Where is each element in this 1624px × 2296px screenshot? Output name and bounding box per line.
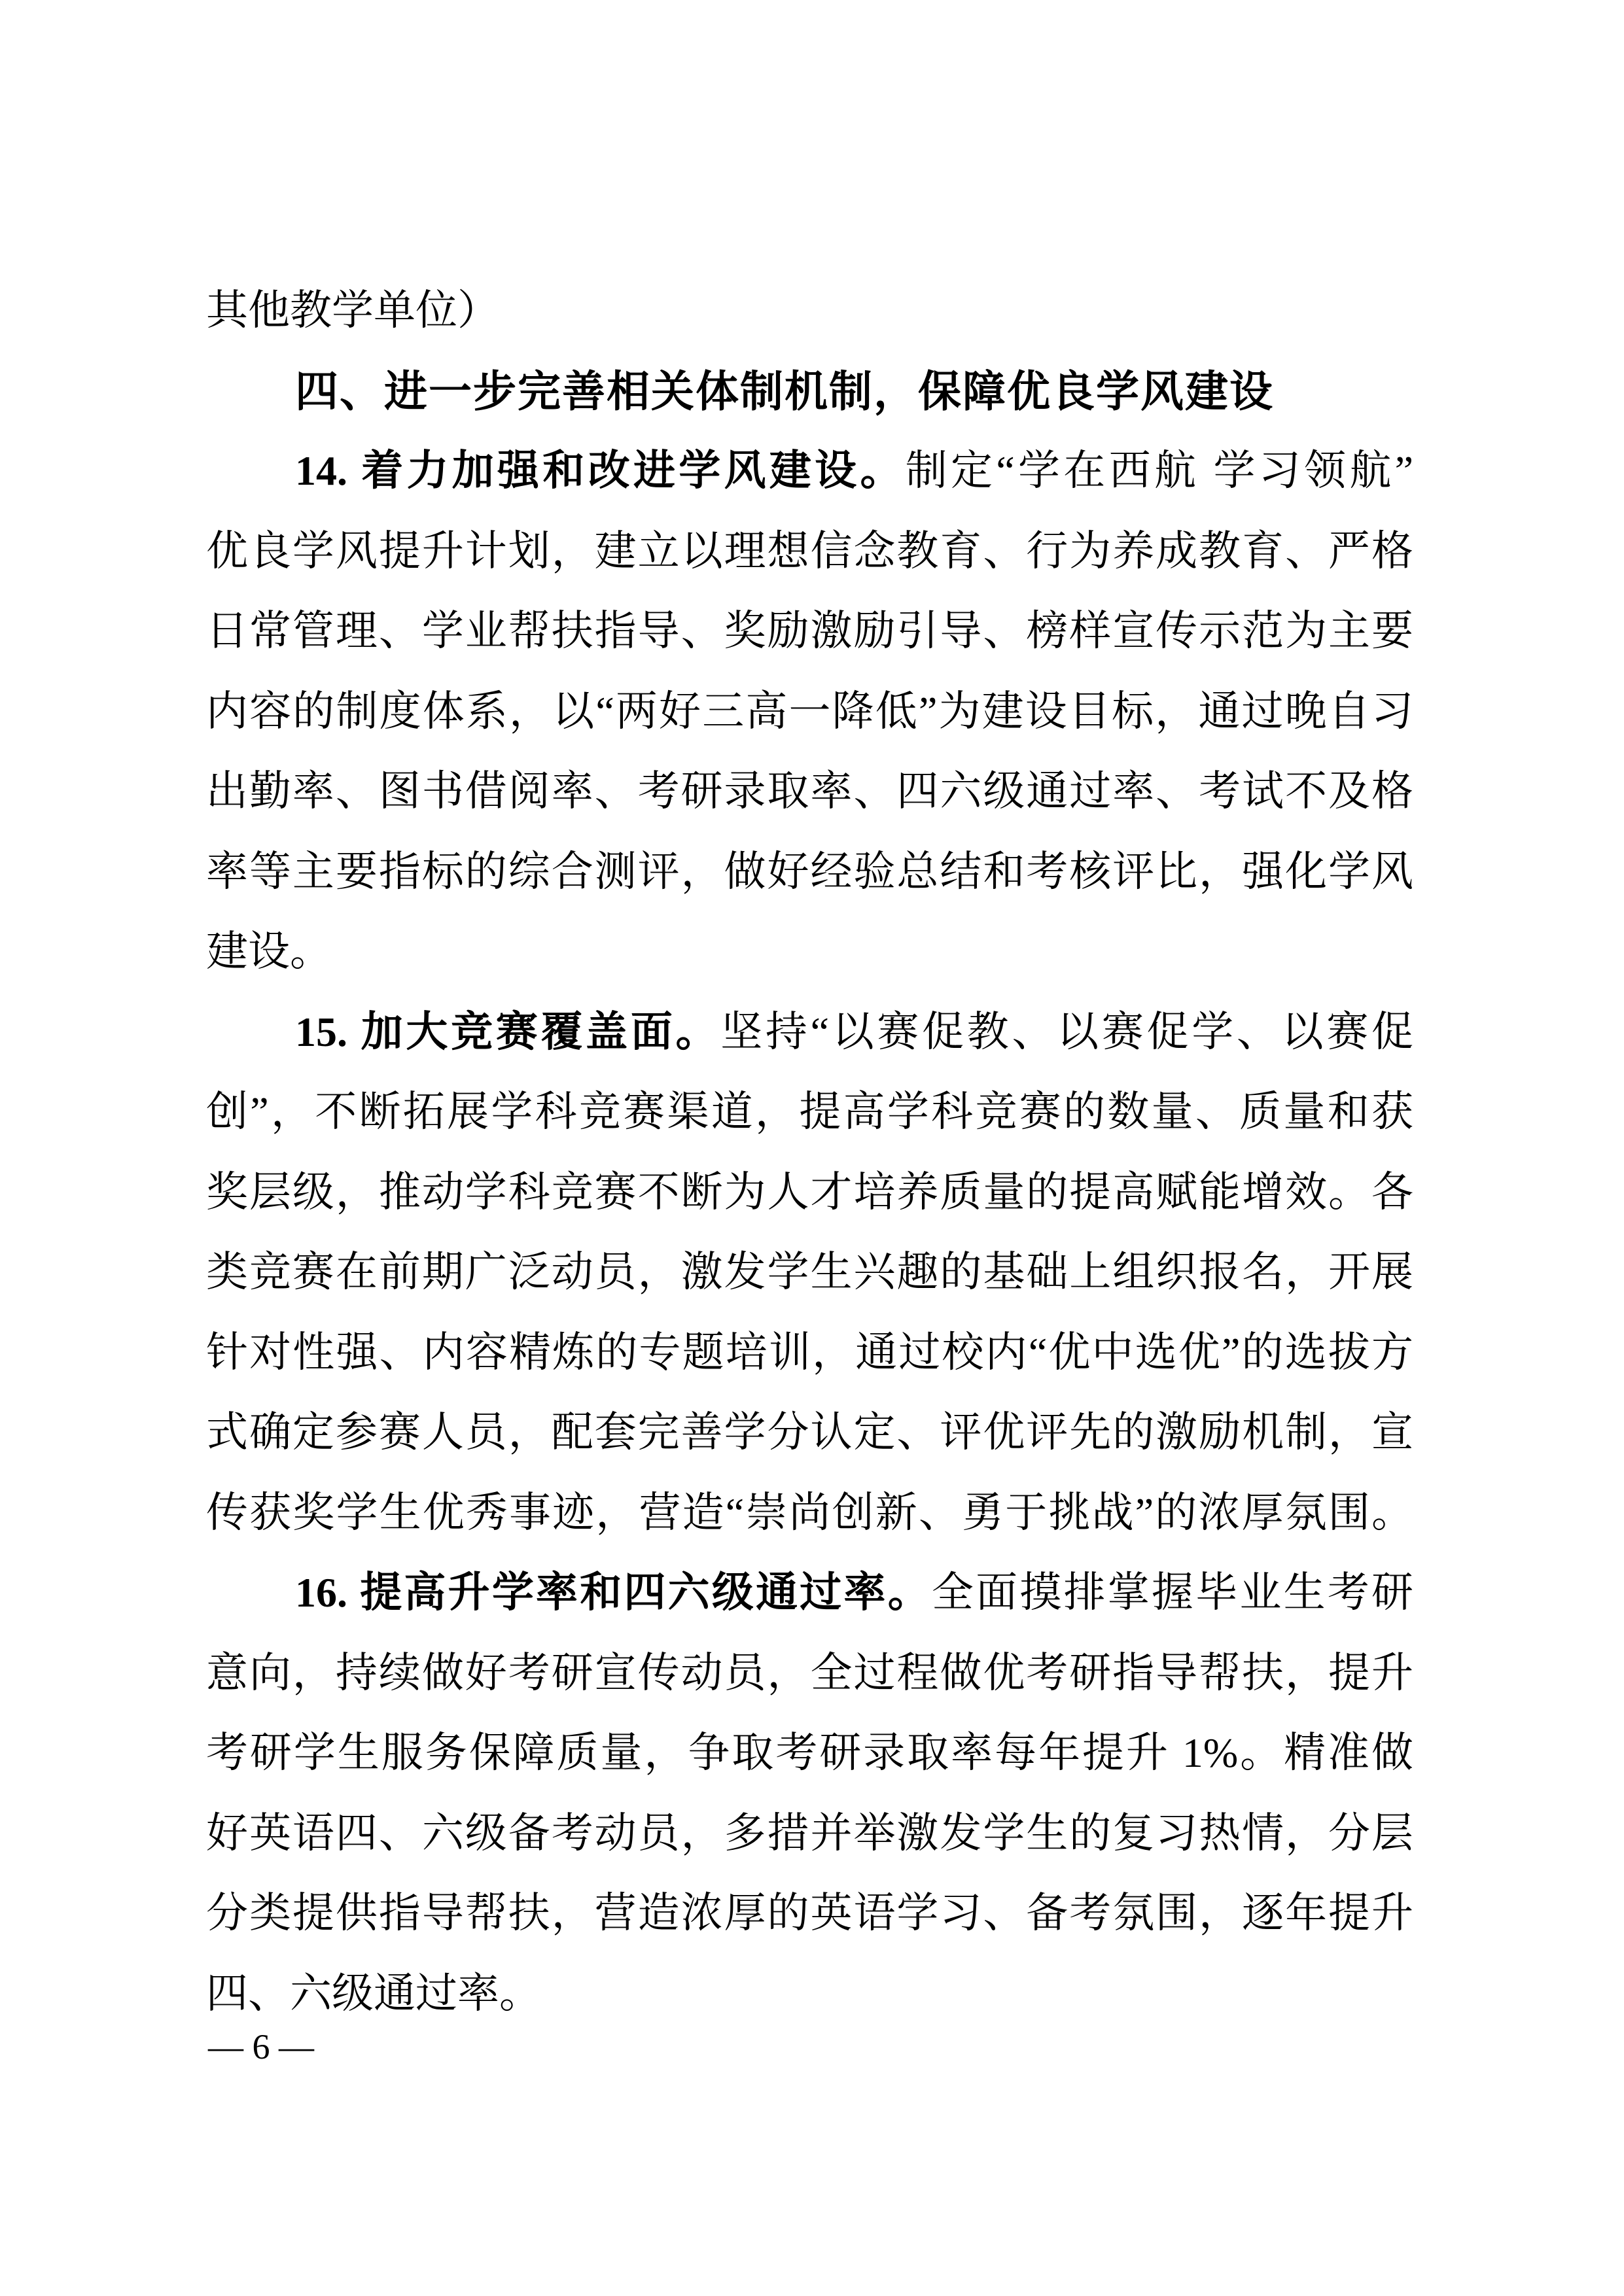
section-heading-text: 四、进一步完善相关体制机制，保障优良学风建设	[295, 367, 1274, 415]
text-segment: 分类提供指导帮扶，营造浓厚的英语学习、备考氛围，逐年提升	[206, 1890, 1413, 1936]
text-segment: 制定“学在西航 学习领航”	[906, 447, 1413, 494]
text-line: 日常管理、学业帮扶指导、奖励激励引导、榜样宣传示范为主要	[206, 591, 1413, 672]
text-line: 意向，持续做好考研宣传动员，全过程做优考研指导帮扶，提升	[206, 1633, 1413, 1714]
text-line: 分类提供指导帮扶，营造浓厚的英语学习、备考氛围，逐年提升	[206, 1873, 1413, 1954]
text-line: 类竞赛在前期广泛动员，激发学生兴趣的基础上组织报名，开展	[206, 1232, 1413, 1313]
page-number: — 6 —	[208, 2027, 314, 2066]
text-line: 出勤率、图书借阅率、考研录取率、四六级通过率、考试不及格	[206, 752, 1413, 832]
text-segment: 内容的制度体系，以“两好三高一降低”为建设目标，通过晚自习	[206, 688, 1413, 735]
paragraph-lead-text: 16. 提高升学率和四六级通过率。	[295, 1569, 932, 1616]
text-line: 奖层级，推动学科竞赛不断为人才培养质量的提高赋能增效。各	[206, 1153, 1413, 1233]
text-line: 16. 提高升学率和四六级通过率。全面摸排掌握毕业生考研	[206, 1553, 1413, 1633]
text-line: 其他教学单位）	[206, 271, 1413, 351]
section-heading-line: 四、进一步完善相关体制机制，保障优良学风建设	[206, 351, 1413, 432]
text-segment: 类竞赛在前期广泛动员，激发学生兴趣的基础上组织报名，开展	[206, 1249, 1413, 1295]
text-line: 优良学风提升计划，建立以理想信念教育、行为养成教育、严格	[206, 512, 1413, 592]
text-line: 好英语四、六级备考动员，多措并举激发学生的复习热情，分层	[206, 1794, 1413, 1874]
text-line: 针对性强、内容精炼的专题培训，通过校内“优中选优”的选拔方	[206, 1313, 1413, 1393]
text-segment: 优良学风提升计划，建立以理想信念教育、行为养成教育、严格	[206, 528, 1413, 574]
text-segment: 其他教学单位）	[206, 287, 499, 334]
paragraph-lead-text: 15. 加大竞赛覆盖面。	[295, 1009, 720, 1055]
text-line: 内容的制度体系，以“两好三高一降低”为建设目标，通过晚自习	[206, 672, 1413, 752]
text-line: 考研学生服务保障质量，争取考研录取率每年提升 1%。精准做	[206, 1713, 1413, 1794]
text-segment: 率等主要指标的综合测评，做好经验总结和考核评比，强化学风	[206, 848, 1413, 895]
document-page: 其他教学单位）四、进一步完善相关体制机制，保障优良学风建设14. 着力加强和改进…	[0, 0, 1624, 2296]
text-line: 创”，不断拓展学科竞赛渠道，提高学科竞赛的数量、质量和获	[206, 1072, 1413, 1153]
text-line: 率等主要指标的综合测评，做好经验总结和考核评比，强化学风	[206, 832, 1413, 913]
text-segment: 全面摸排掌握毕业生考研	[932, 1569, 1413, 1616]
text-segment: 坚持“以赛促教、以赛促学、以赛促	[720, 1009, 1413, 1055]
text-line: 14. 着力加强和改进学风建设。制定“学在西航 学习领航”	[206, 431, 1413, 512]
text-segment: 日常管理、学业帮扶指导、奖励激励引导、榜样宣传示范为主要	[206, 608, 1413, 654]
text-line: 四、六级通过率。	[206, 1954, 1413, 2034]
text-line: 传获奖学生优秀事迹，营造“崇尚创新、勇于挑战”的浓厚氛围。	[206, 1473, 1413, 1554]
text-segment: 意向，持续做好考研宣传动员，全过程做优考研指导帮扶，提升	[206, 1650, 1413, 1696]
paragraph-lead-text: 14. 着力加强和改进学风建设。	[295, 447, 906, 494]
text-segment: 四、六级通过率。	[206, 1970, 541, 2017]
document-body: 其他教学单位）四、进一步完善相关体制机制，保障优良学风建设14. 着力加强和改进…	[206, 271, 1413, 2034]
page-footer: — 6 —	[208, 2025, 314, 2068]
text-segment: 创”，不断拓展学科竞赛渠道，提高学科竞赛的数量、质量和获	[206, 1088, 1413, 1135]
text-line: 建设。	[206, 912, 1413, 992]
text-segment: 考研学生服务保障质量，争取考研录取率每年提升 1%。精准做	[206, 1730, 1413, 1776]
text-line: 15. 加大竞赛覆盖面。坚持“以赛促教、以赛促学、以赛促	[206, 992, 1413, 1073]
text-segment: 针对性强、内容精炼的专题培训，通过校内“优中选优”的选拔方	[206, 1329, 1413, 1376]
text-line: 式确定参赛人员，配套完善学分认定、评优评先的激励机制，宣	[206, 1393, 1413, 1473]
text-segment: 建设。	[206, 928, 332, 975]
text-segment: 出勤率、图书借阅率、考研录取率、四六级通过率、考试不及格	[206, 768, 1413, 814]
text-segment: 好英语四、六级备考动员，多措并举激发学生的复习热情，分层	[206, 1810, 1413, 1856]
text-segment: 式确定参赛人员，配套完善学分认定、评优评先的激励机制，宣	[206, 1409, 1413, 1455]
text-segment: 奖层级，推动学科竞赛不断为人才培养质量的提高赋能增效。各	[206, 1169, 1413, 1215]
text-segment: 传获奖学生优秀事迹，营造“崇尚创新、勇于挑战”的浓厚氛围。	[206, 1489, 1413, 1536]
